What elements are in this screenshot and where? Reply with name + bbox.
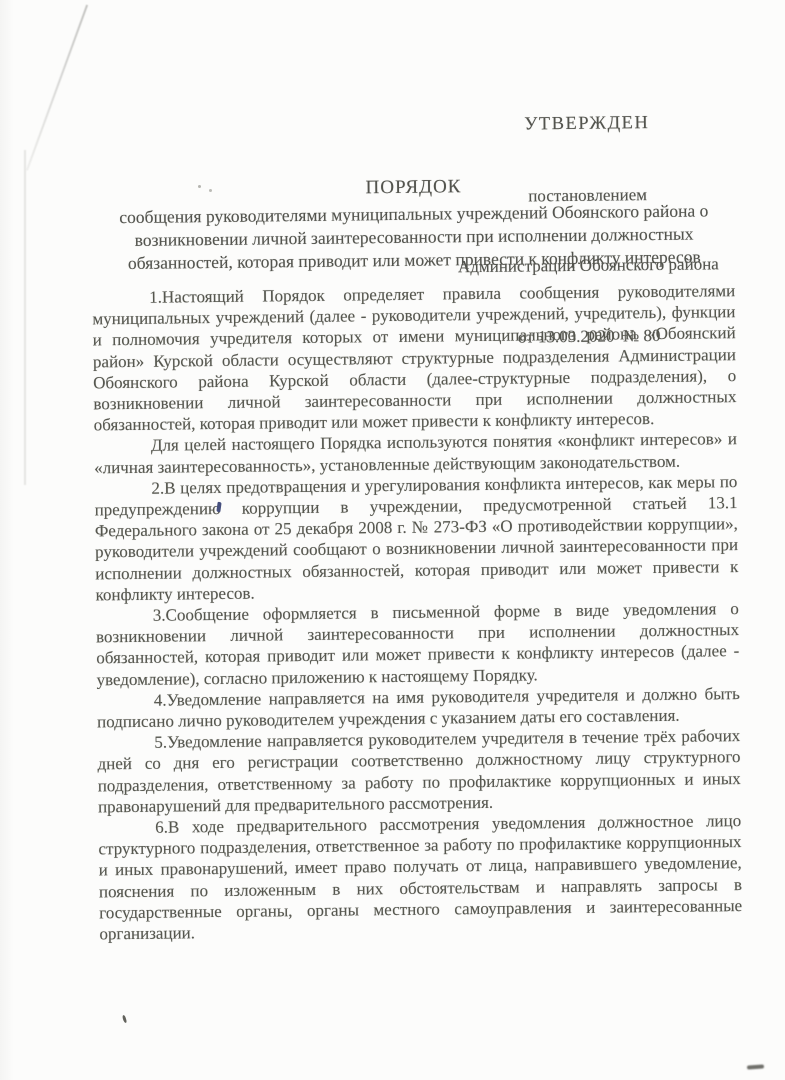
approval-stamp-line-1: УТВЕРЖДЕН [443,111,730,138]
paragraph-3: 2.В целях предотвращения и урегулировани… [94,471,738,606]
document-subtitle: сообщения руководителями муниципальных у… [91,199,737,275]
document-body: 1.Настоящий Порядок определяет правила с… [92,280,742,945]
document-content: УТВЕРЖДЕН постановлением Администрации О… [0,0,785,1080]
paragraph-2: Для целей настоящего Порядка используютс… [94,429,737,479]
paragraph-6: 5.Уведомление направляется руководителем… [97,725,741,817]
title-block: ПОРЯДОК сообщения руководителями муницип… [91,172,737,275]
document-title: ПОРЯДОК [91,172,736,203]
paragraph-5: 4.Уведомление направляется на имя руково… [97,683,740,733]
paragraph-4: 3.Сообщение оформляется в письменной фор… [96,598,740,690]
paragraph-1: 1.Настоящий Порядок определяет правила с… [92,280,737,436]
paragraph-7: 6.В ходе предварительного рассмотрения у… [98,810,742,945]
scanned-document-page: УТВЕРЖДЕН постановлением Администрации О… [0,0,785,1080]
